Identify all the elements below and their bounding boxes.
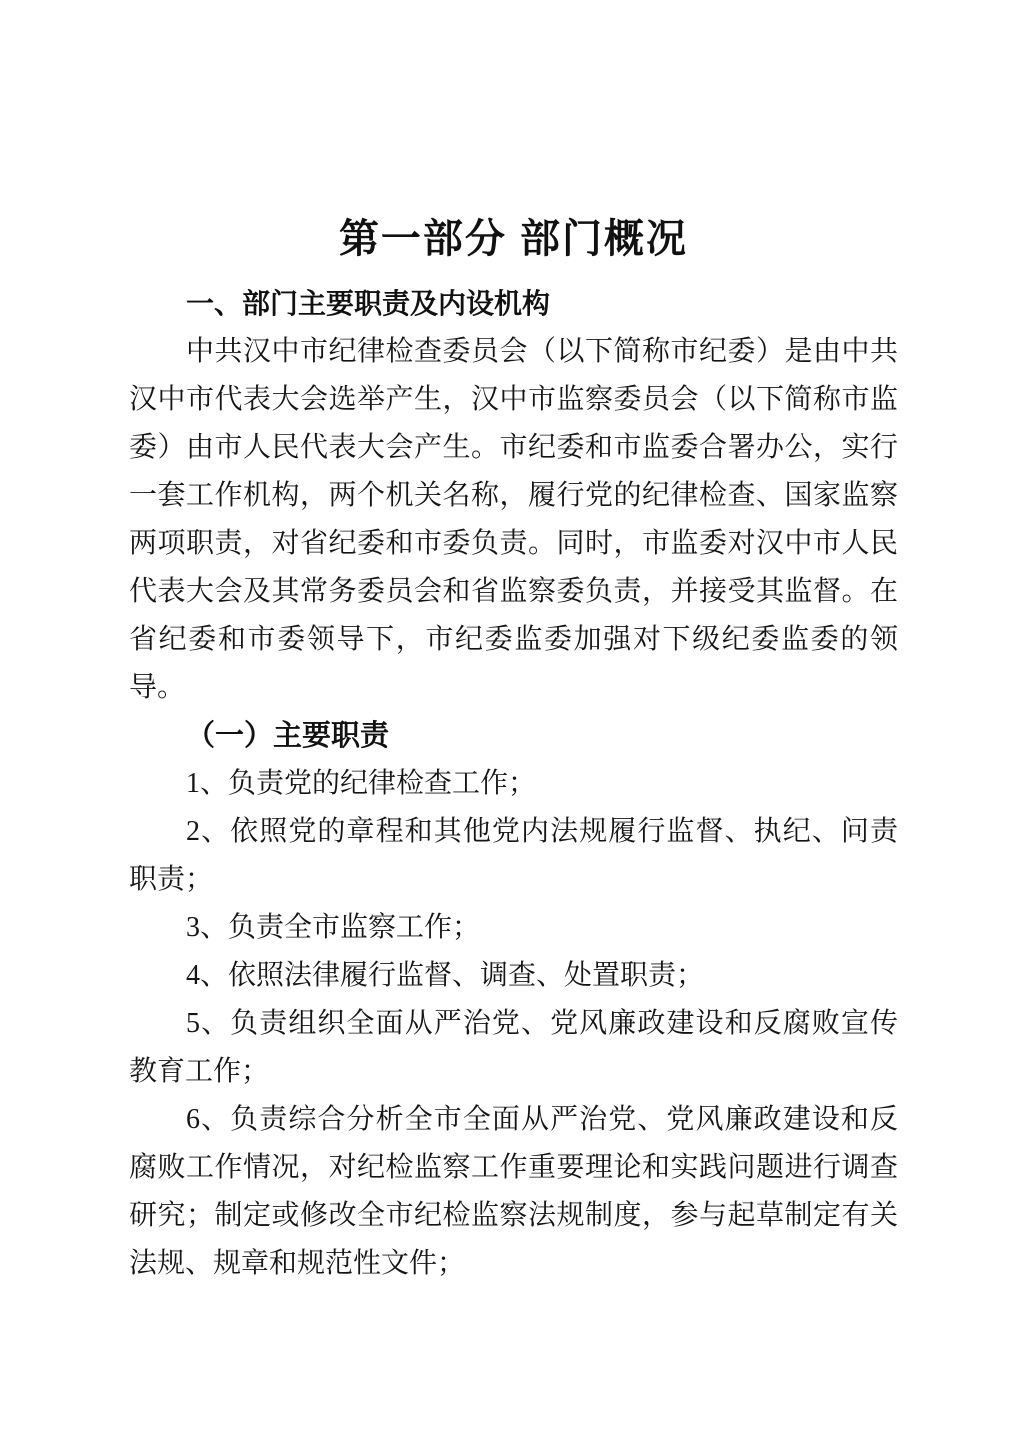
duty-item-5: 5、负责组织全面从严治党、党风廉政建设和反腐败宣传教育工作； (129, 1000, 898, 1096)
subsection-heading: （一）主要职责 (129, 712, 898, 760)
duty-item-1: 1、负责党的纪律检查工作； (129, 760, 898, 808)
page-title: 第一部分 部门概况 (129, 214, 898, 264)
duty-list: 1、负责党的纪律检查工作； 2、依照党的章程和其他党内法规履行监督、执纪、问责职… (129, 760, 898, 1288)
intro-paragraph: 中共汉中市纪律检查委员会（以下简称市纪委）是由中共汉中市代表大会选举产生，汉中市… (129, 328, 898, 712)
duty-item-2: 2、依照党的章程和其他党内法规履行监督、执纪、问责职责； (129, 808, 898, 904)
duty-item-4: 4、依照法律履行监督、调查、处置职责； (129, 952, 898, 1000)
document-page: 第一部分 部门概况 一、部门主要职责及内设机构 中共汉中市纪律检查委员会（以下简… (0, 0, 1024, 1448)
duty-item-6: 6、负责综合分析全市全面从严治党、党风廉政建设和反腐败工作情况，对纪检监察工作重… (129, 1096, 898, 1288)
section-heading: 一、部门主要职责及内设机构 (129, 280, 898, 328)
duty-item-3: 3、负责全市监察工作； (129, 904, 898, 952)
